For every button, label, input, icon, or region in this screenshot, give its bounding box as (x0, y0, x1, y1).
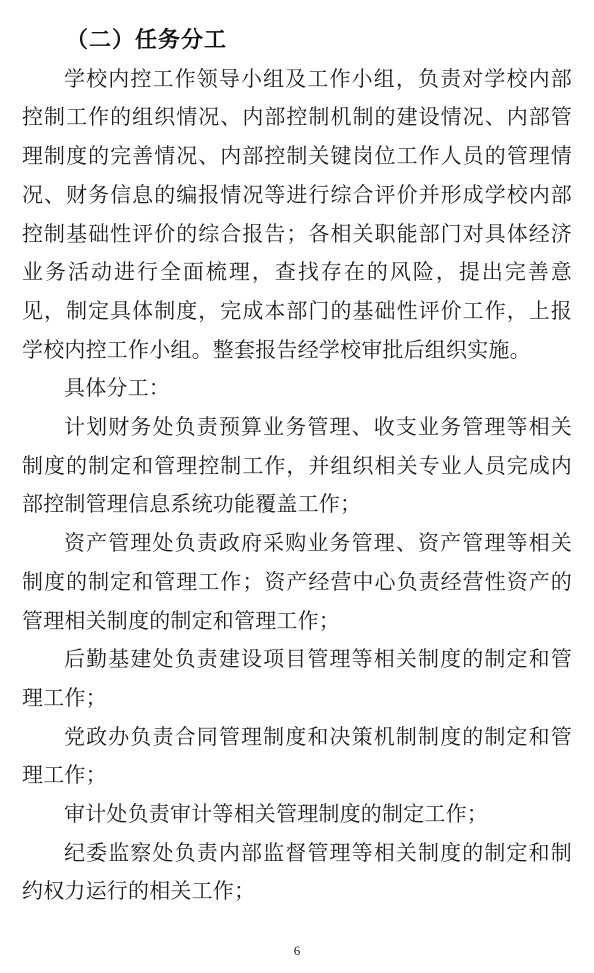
document-page: （二）任务分工 学校内控工作领导小组及工作小组，负责对学校内部控制工作的组织情况… (0, 0, 594, 973)
paragraph: 纪委监察处负责内部监督管理等相关制度的制定和制约权力运行的相关工作； (22, 834, 572, 911)
page-number: 6 (0, 942, 594, 960)
section-heading: （二）任务分工 (66, 21, 572, 60)
paragraph: 计划财务处负责预算业务管理、收支业务管理等相关制度的制定和管理控制工作，并组织相… (22, 408, 572, 524)
paragraph: 学校内控工作领导小组及工作小组，负责对学校内部控制工作的组织情况、内部控制机制的… (22, 60, 572, 370)
body-paragraphs: 学校内控工作领导小组及工作小组，负责对学校内部控制工作的组织情况、内部控制机制的… (22, 60, 572, 911)
paragraph: 党政办负责合同管理制度和决策机制制度的制定和管理工作； (22, 718, 572, 795)
paragraph: 审计处负责审计等相关管理制度的制定工作； (22, 795, 572, 834)
paragraph: 具体分工： (22, 369, 572, 408)
paragraph: 资产管理处负责政府采购业务管理、资产管理等相关制度的制定和管理工作；资产经营中心… (22, 524, 572, 640)
document-content: （二）任务分工 学校内控工作领导小组及工作小组，负责对学校内部控制工作的组织情况… (22, 21, 572, 911)
paragraph: 后勤基建处负责建设项目管理等相关制度的制定和管理工作； (22, 640, 572, 717)
